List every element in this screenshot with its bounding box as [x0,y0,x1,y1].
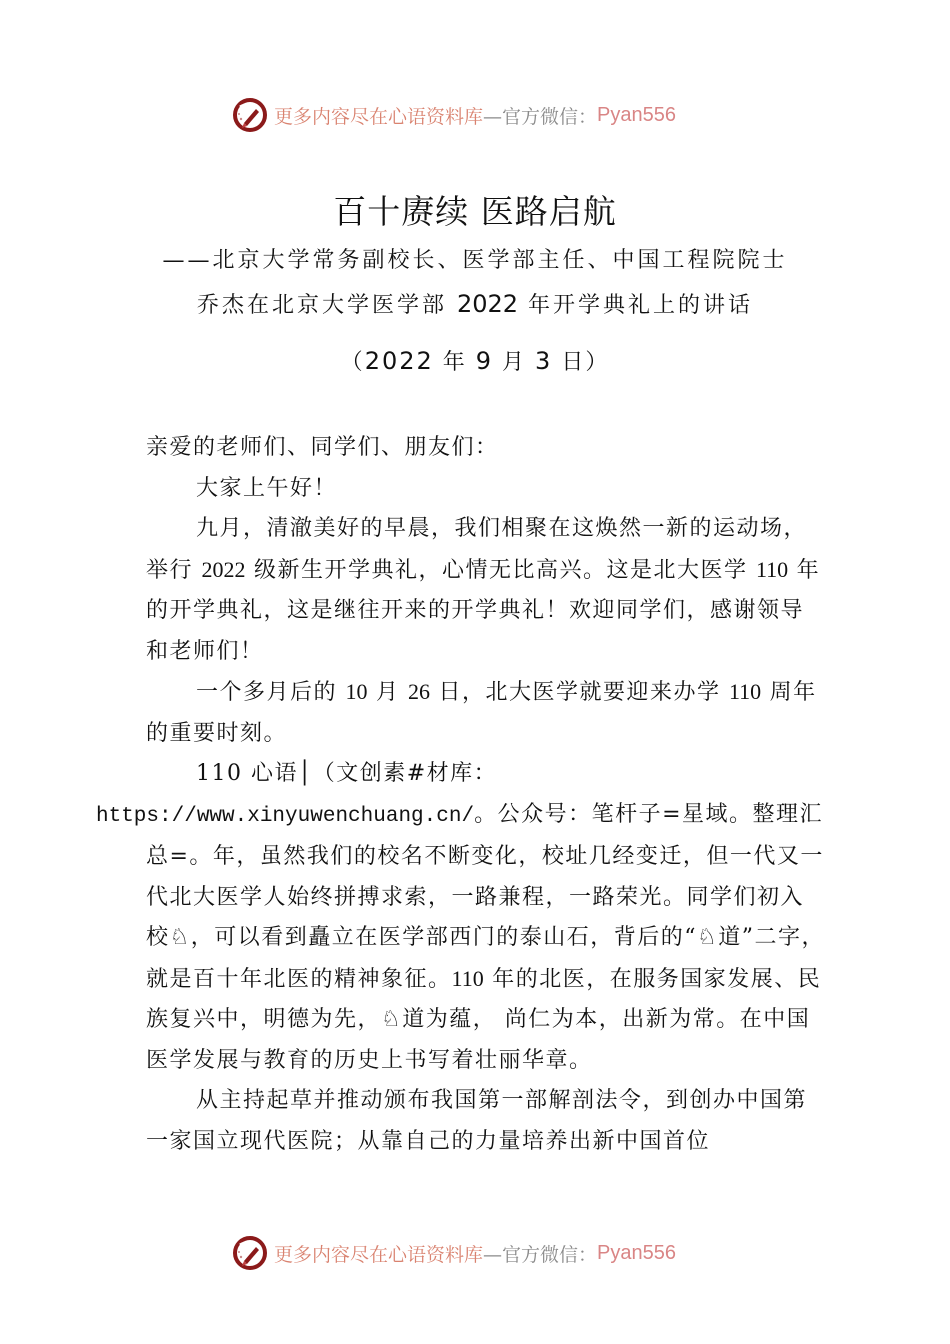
paragraph: 一个多月后的 10 月 26 日，北大医学就要迎来办学 110 周年的重要时刻。 [146,672,826,754]
number: 110 [729,679,761,704]
date-unit: 日） [552,350,609,375]
text: 一个多月后的 [196,680,346,705]
subtitle-year: 2022 [457,290,518,318]
watermark-wechat-id: Pyan556 [597,104,676,127]
watermark-wechat-id: Pyan556 [597,1242,676,1265]
paragraph: 九月，清澈美好的早晨，我们相聚在这焕然一新的运动场，举行 2022 级新生开学典… [146,509,826,672]
document-subtitle-line2: 乔杰在北京大学医学部 2022 年开学典礼上的讲话 [0,288,950,319]
watermark-wechat-label: —官方微信： [483,102,597,129]
salutation: 亲爱的老师们、同学们、朋友们： [146,428,826,469]
watermark-main-text: 更多内容尽在心语资料库 [274,102,483,129]
speech-body: 亲爱的老师们、同学们、朋友们： 大家上午好！ 九月，清澈美好的早晨，我们相聚在这… [146,428,826,1162]
date-month: 9 [476,347,493,375]
watermark-footer: 更多内容尽在心语资料库 —官方微信： Pyan556 [232,1233,676,1273]
number: 110 [452,966,484,991]
document-date: （2022 年 9 月 3 日） [0,345,950,376]
number: 10 [346,679,368,704]
document-subtitle-line1: ——北京大学常务副校长、医学部主任、中国工程院院士 [0,243,950,274]
greeting: 大家上午好！ [146,469,826,510]
date-day: 3 [535,347,552,375]
date-unit: 月 [493,350,535,375]
watermark-main-text: 更多内容尽在心语资料库 [274,1240,483,1267]
subtitle-text: 年开学典礼上的讲话 [518,293,753,318]
pen-logo-icon [232,1235,268,1271]
document-title: 百十赓续 医路启航 [0,186,950,233]
date-paren: （ [341,350,365,375]
date-unit: 年 [434,350,476,375]
pen-logo-icon [232,97,268,133]
watermark-header: 更多内容尽在心语资料库 —官方微信： Pyan556 [232,95,676,135]
paragraph: 从主持起草并推动颁布我国第一部解剖法令，到创办中国第一家国立现代医院；从靠自己的… [146,1081,826,1162]
watermark-wechat-label: —官方微信： [483,1240,597,1267]
number: 110 [756,557,788,582]
date-year: 2022 [365,347,434,375]
text: 。公众号：笔杆子=星域。整理汇总=。年，虽然我们的校名不断变化，校址几经变迁，但… [146,802,825,992]
text: 月 [368,680,409,705]
number: 26 [408,679,430,704]
url-link[interactable]: https://www.xinyuwenchuang.cn/ [96,805,474,828]
subtitle-text: 乔杰在北京大学医学部 [197,293,457,318]
number: 2022 [202,557,246,582]
text: 110 心语│（文创素#材库： [196,761,497,786]
paragraph: 110 心语│（文创素#材库：https://www.xinyuwenchuan… [146,754,826,1081]
text: 日，北大医学就要迎来办学 [430,680,729,705]
text: 级新生开学典礼，心情无比高兴。这是北大医学 [246,558,757,583]
